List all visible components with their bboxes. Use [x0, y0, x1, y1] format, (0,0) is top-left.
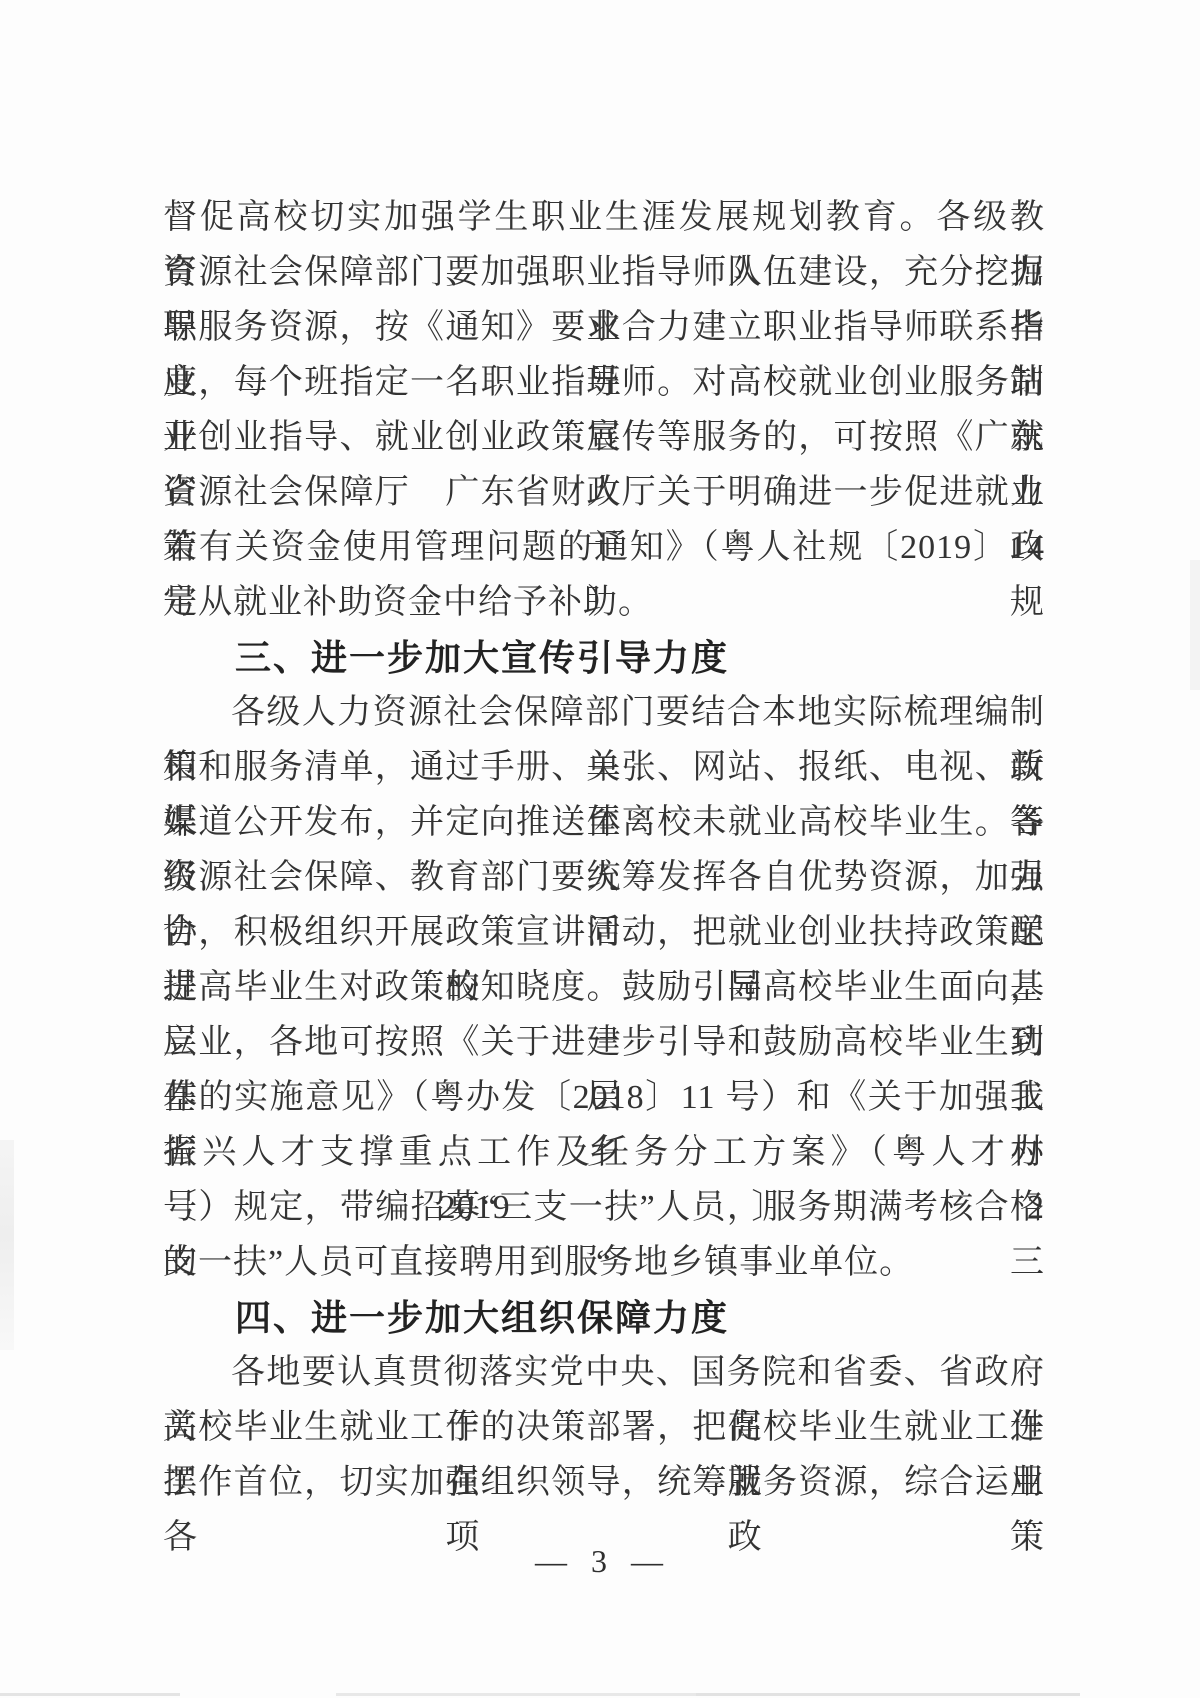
text-line: 作的实施意见》（粤办发〔2018〕11 号）和《关于加强我省乡村 [163, 1070, 1045, 1125]
text-line: 各地要认真贯彻落实党中央、国务院和省委、省政府关于促进 [163, 1345, 1045, 1400]
text-line: 各级人力资源社会保障部门要结合本地实际梳理编制相关政 [163, 685, 1045, 740]
page-number-text: — 3 — [535, 1543, 665, 1579]
text-line: 业创业指导、就业创业政策宣传等服务的，可按照《广东省人力 [163, 410, 1045, 465]
document-text-block: 督促高校切实加强学生职业生涯发展规划教育。各级教育、人力资源社会保障部门要加强职… [163, 190, 1045, 1510]
text-line: 支一扶”人员可直接聘用到服务地乡镇事业单位。 [163, 1235, 1045, 1290]
scan-edge-artifact [0, 1693, 1200, 1696]
text-line: 提高毕业生对政策的知晓度。鼓励引导高校毕业生面向基层建功 [163, 960, 1045, 1015]
text-line: 资源社会保障、教育部门要统筹发挥各自优势资源，加强协同配 [163, 850, 1045, 905]
scan-smudge-left [0, 1140, 14, 1350]
text-line: 高校毕业生就业工作的决策部署，把高校毕业生就业工作摆在就业 [163, 1400, 1045, 1455]
scan-smudge-right [1190, 560, 1200, 690]
text-line: 工作首位，切实加强组织领导，统筹服务资源，综合运用各项政策 [163, 1455, 1045, 1510]
text-line: 号）规定，带编招募“三支一扶”人员，服务期满考核合格的“三 [163, 1180, 1045, 1235]
text-line: 资源社会保障厅 广东省财政厅关于明确进一步促进就业若干政 [163, 465, 1045, 520]
text-line: 立业，各地可按照《关于进一步引导和鼓励高校毕业生到基层工 [163, 1015, 1045, 1070]
text-line: 策和服务清单，通过手册、单张、网站、报纸、电视、新媒体等 [163, 740, 1045, 795]
text-line: 督促高校切实加强学生职业生涯发展规划教育。各级教育、人力 [163, 190, 1045, 245]
text-line: 合，积极组织开展政策宣讲活动，把就业创业扶持政策送进校园， [163, 905, 1045, 960]
scanned-document-page: 督促高校切实加强学生职业生涯发展规划教育。各级教育、人力资源社会保障部门要加强职… [0, 0, 1200, 1698]
page-number: — 3 — [0, 1543, 1200, 1580]
text-line: 导服务资源，按《通知》要求合力建立职业指导师联系毕业班制 [163, 300, 1045, 355]
section-heading: 四、进一步加大组织保障力度 [163, 1290, 1045, 1345]
text-line: 策有关资金使用管理问题的通知》（粤人社规〔2019〕14 号）规 [163, 520, 1045, 575]
text-line: 振兴人才支撑重点工作及任务分工方案》（粤人才办〔2019〕2 [163, 1125, 1045, 1180]
text-line: 资源社会保障部门要加强职业指导师队伍建设，充分挖掘职业指 [163, 245, 1045, 300]
section-heading: 三、进一步加大宣传引导力度 [163, 630, 1045, 685]
text-line: 渠道公开发布，并定向推送至离校未就业高校毕业生。各级人力 [163, 795, 1045, 850]
text-line: 度，每个班指定一名职业指导师。对高校就业创业服务站开展就 [163, 355, 1045, 410]
